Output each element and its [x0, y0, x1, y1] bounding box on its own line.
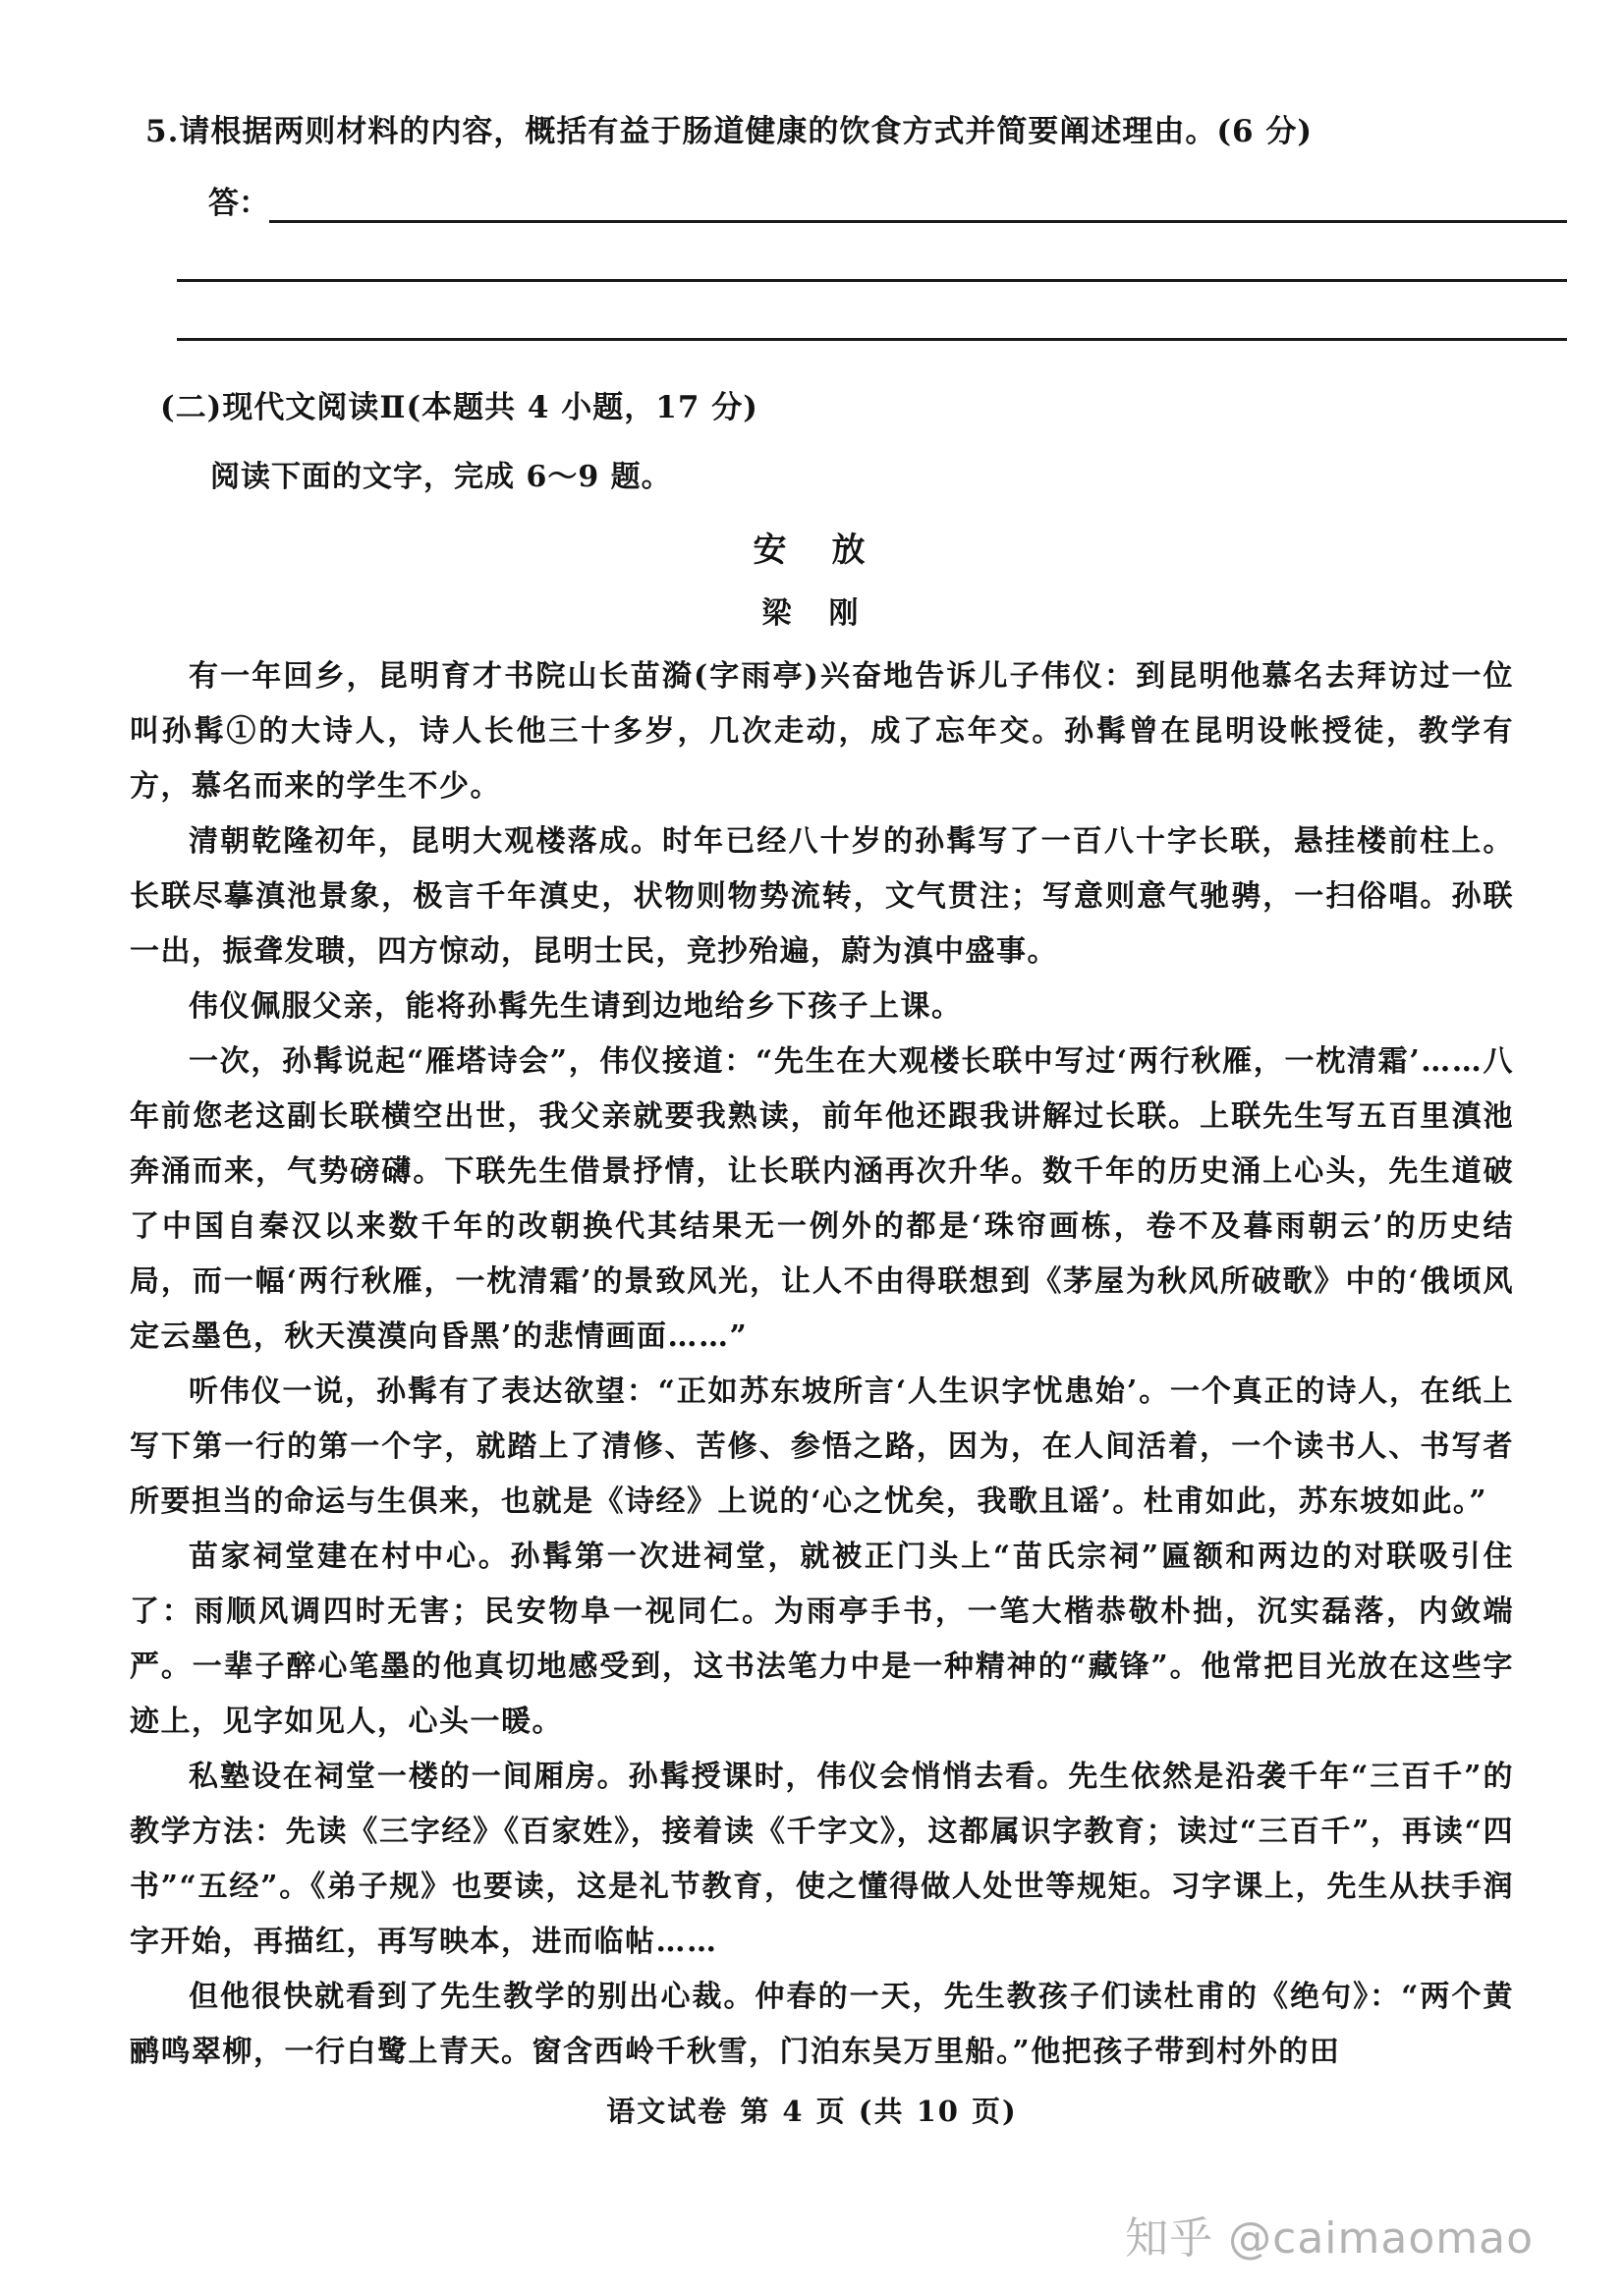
article-title: 安 放: [0, 523, 1624, 571]
article-paragraph: 但他很快就看到了先生教学的别出心裁。仲春的一天，先生教孩子们读杜甫的《绝句》：“…: [130, 1970, 1514, 2080]
page-footer: 语文试卷 第 4 页 (共 10 页): [0, 2090, 1624, 2130]
article-paragraph: 有一年回乡，昆明育才书院山长苗漪(字雨亭)兴奋地告诉儿子伟仪：到昆明他慕名去拜访…: [130, 649, 1514, 814]
article-paragraph: 清朝乾隆初年，昆明大观楼落成。时年已经八十岁的孙髯写了一百八十字长联，悬挂楼前柱…: [130, 814, 1514, 980]
watermark: 知乎 @caimaomao: [1125, 2203, 1534, 2266]
article-paragraph: 伟仪佩服父亲，能将孙髯先生请到边地给乡下孩子上课。: [130, 980, 1514, 1035]
answer-label: 答：: [208, 184, 269, 223]
article-body: 有一年回乡，昆明育才书院山长苗漪(字雨亭)兴奋地告诉儿子伟仪：到昆明他慕名去拜访…: [130, 649, 1514, 2080]
article-paragraph: 苗家祠堂建在村中心。孙髯第一次进祠堂，就被正门头上“苗氏宗祠”匾额和两边的对联吸…: [130, 1530, 1514, 1750]
article-paragraph: 一次，孙髯说起“雁塔诗会”，伟仪接道：“先生在大观楼长联中写过‘两行秋雁，一枕清…: [130, 1035, 1514, 1365]
question-5-text: 5.请根据两则材料的内容，概括有益于肠道健康的饮食方式并简要阐述理由。(6 分): [145, 110, 1531, 153]
article-paragraph: 私塾设在祠堂一楼的一间厢房。孙髯授课时，伟仪会悄悄去看。先生依然是沿袭千年“三百…: [130, 1750, 1514, 1970]
exam-page: 5.请根据两则材料的内容，概括有益于肠道健康的饮食方式并简要阐述理由。(6 分)…: [0, 0, 1624, 2295]
answer-row: 答：: [208, 183, 1567, 223]
reading-instruction: 阅读下面的文字，完成 6～9 题。: [210, 452, 1531, 495]
section-2-header: (二)现代文阅读Ⅱ(本题共 4 小题，17 分): [160, 382, 1531, 426]
answer-blank-line-1: [269, 183, 1567, 223]
answer-blank-line-2: [177, 279, 1567, 282]
article-paragraph: 听伟仪一说，孙髯有了表达欲望：“正如苏东坡所言‘人生识字忧患始’。一个真正的诗人…: [130, 1365, 1514, 1530]
article-author: 梁 刚: [0, 588, 1624, 632]
answer-blank-line-3: [177, 338, 1567, 341]
